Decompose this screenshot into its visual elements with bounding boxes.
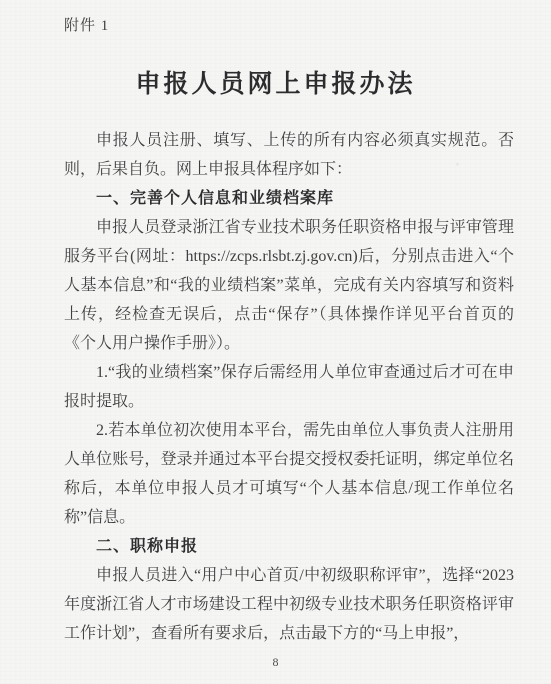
paragraph: 1.“我的业绩档案”保存后需经用人单位审查通过后才可在申报时提取。 (64, 358, 514, 416)
document-body: 申报人员注册、填写、上传的所有内容必须真实规范。否则，后果自负。网上申报具体程序… (64, 126, 514, 648)
section-heading: 二、职称申报 (64, 532, 514, 561)
section-heading: 一、完善个人信息和业绩档案库 (64, 184, 514, 213)
document-page: 附件 1 申报人员网上申报办法 申报人员注册、填写、上传的所有内容必须真实规范。… (0, 0, 551, 684)
paragraph: 申报人员进入“用户中心首页/中初级职称评审”，选择“2023年度浙江省人才市场建… (64, 561, 514, 648)
paragraph: 申报人员注册、填写、上传的所有内容必须真实规范。否则，后果自负。网上申报具体程序… (64, 126, 514, 184)
document-title: 申报人员网上申报办法 (0, 64, 551, 100)
page-number: 8 (0, 655, 551, 670)
paragraph: 2.若本单位初次使用本平台，需先由单位人事负责人注册用人单位账号，登录并通过本平… (64, 416, 514, 532)
paragraph: 申报人员登录浙江省专业技术职务任职资格申报与评审管理服务平台(网址：https:… (64, 213, 514, 358)
attachment-label: 附件 1 (64, 14, 109, 35)
